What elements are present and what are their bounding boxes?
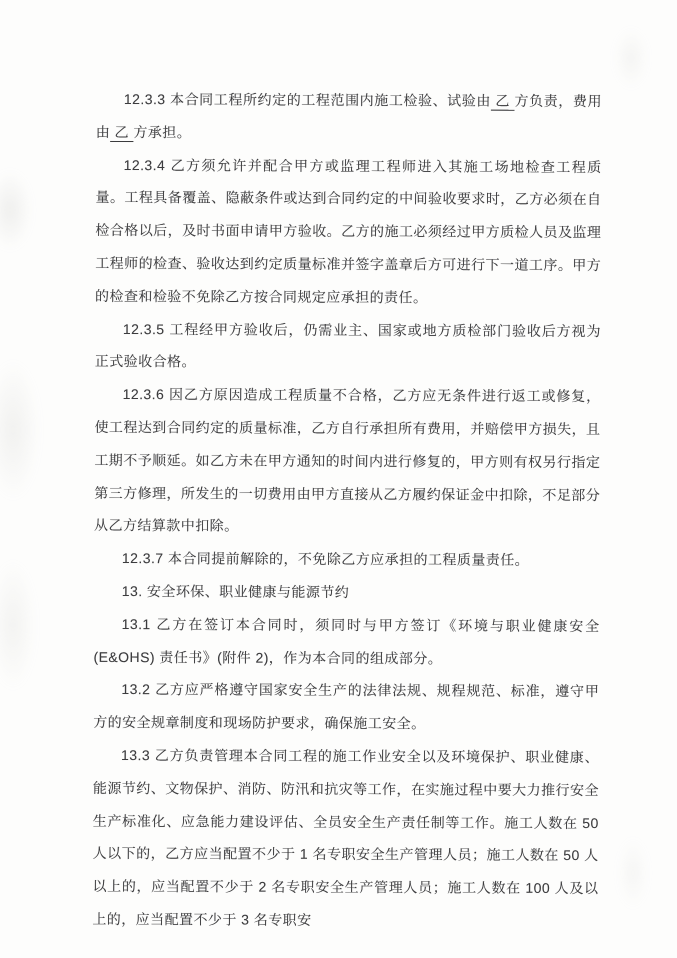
paragraph-12-3-7: 12.3.7 本合同提前解除的，不免除乙方应承担的工程质量责任。 [94, 542, 600, 577]
scanned-document-page: 12.3.3 本合同工程所约定的工程范围内施工检验、试验由 乙 方负责，费用由 … [0, 0, 677, 958]
paragraph-12-3-5: 12.3.5 工程经甲方验收后，仍需业主、国家或地方质检部门验收后方视为正式验收… [95, 312, 601, 380]
text-segment: 12.3.7 本合同提前解除的，不免除乙方应承担的工程质量责任。 [122, 550, 529, 568]
text-segment: 方承担。 [133, 124, 191, 140]
document-body: 12.3.3 本合同工程所约定的工程范围内施工检验、试验由 乙 方负责，费用由 … [92, 83, 602, 938]
text-segment: 13.3 乙方负责管理本合同工程的施工作业安全以及环境保护、职业健康、能源节约、… [92, 747, 599, 928]
paragraph-13-2: 13.2 乙方应严格遵守国家安全生产的法律法规、规程规范、标准，遵守甲方的安全规… [93, 673, 599, 741]
underlined-text: 乙 [491, 93, 515, 109]
scan-smudge [618, 838, 648, 908]
paragraph-13-1: 13.1 乙方在签订本合同时，须同时与甲方签订《环境与职业健康安全 (E&OHS… [93, 608, 599, 676]
paragraph-12-3-3: 12.3.3 本合同工程所约定的工程范围内施工检验、试验由 乙 方负责，费用由 … [96, 83, 602, 151]
text-segment: 13.1 乙方在签订本合同时，须同时与甲方签订《环境与职业健康安全 (E&OHS… [93, 616, 599, 666]
scan-smudge [0, 360, 40, 500]
paragraph-12-3-6: 12.3.6 因乙方原因造成工程质量不合格，乙方应无条件进行返工或修复，使工程达… [94, 378, 601, 544]
scan-smudge [614, 28, 648, 88]
text-segment: 12.3.5 工程经甲方验收后，仍需业主、国家或地方质检部门验收后方视为正式验收… [95, 321, 601, 370]
scan-smudge [0, 560, 36, 690]
scan-smudge [0, 170, 32, 250]
text-segment: 13.2 乙方应严格遵守国家安全生产的法律法规、规程规范、标准，遵守甲方的安全规… [93, 681, 599, 731]
text-segment: 12.3.6 因乙方原因造成工程质量不合格，乙方应无条件进行返工或修复，使工程达… [94, 386, 601, 534]
text-segment: 12.3.4 乙方须允许并配合甲方或监理工程师进入其施工场地检查工程质量。工程具… [95, 157, 602, 306]
text-segment: 13. 安全环保、职业健康与能源节约 [122, 583, 350, 600]
paragraph-12-3-4: 12.3.4 乙方须允许并配合甲方或监理工程师进入其施工场地检查工程质量。工程具… [95, 148, 602, 314]
paragraph-13-3: 13.3 乙方负责管理本合同工程的施工作业安全以及环境保护、职业健康、能源节约、… [92, 739, 599, 938]
text-segment: 12.3.3 本合同工程所约定的工程范围内施工检验、试验由 [124, 91, 491, 109]
underlined-text: 乙 [110, 124, 133, 140]
paragraph-13: 13. 安全环保、职业健康与能源节约 [94, 575, 600, 610]
